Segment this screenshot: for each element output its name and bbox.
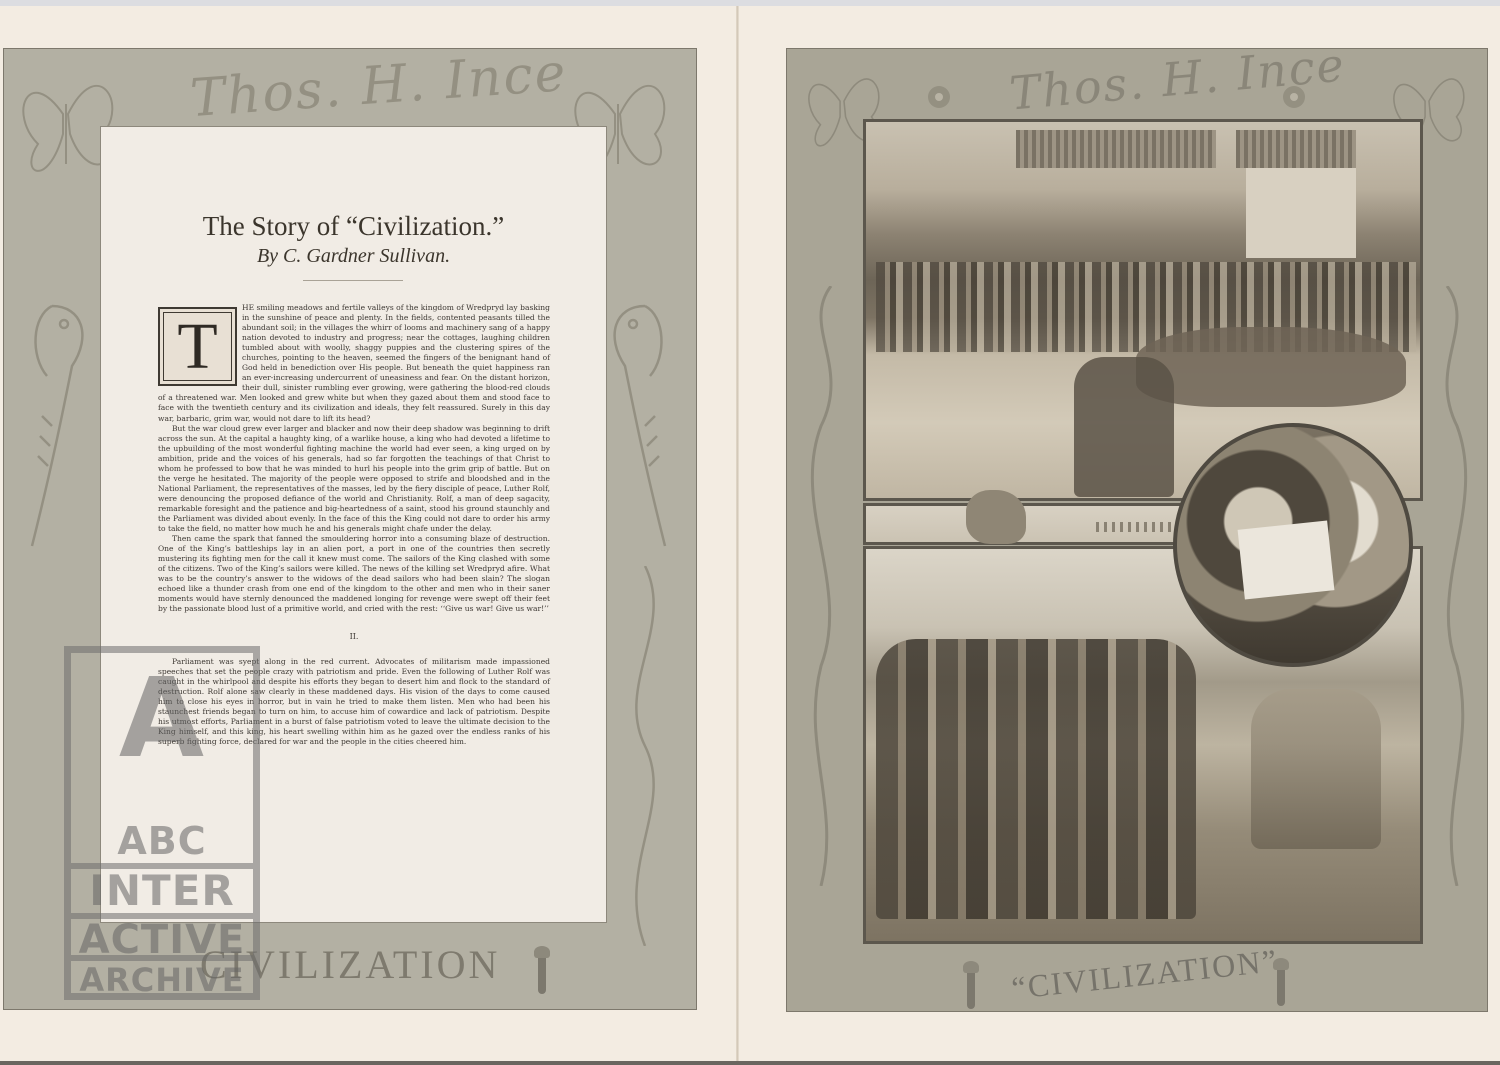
parrot-icon: [12, 296, 102, 556]
flower-icon: [924, 82, 954, 112]
paragraph: Then came the spark that fanned the smou…: [158, 534, 550, 614]
photo-roof: [1236, 130, 1356, 168]
oval-portrait-photo: [1173, 423, 1413, 667]
photo-building: [1246, 168, 1356, 258]
section-heading: II.: [158, 632, 550, 642]
article-byline: By C. Gardner Sullivan.: [101, 245, 606, 268]
parrot-icon: [595, 296, 685, 556]
right-page: Thos. H. Ince “CIVILIZATION”: [739, 6, 1500, 1065]
archive-watermark: A ABC INTER ACTIVE ARCHIVE: [64, 646, 260, 1000]
torch-icon: [1277, 968, 1285, 1006]
torch-icon: [967, 971, 975, 1009]
watermark-archive: ARCHIVE: [71, 955, 253, 999]
torch-icon: [538, 956, 546, 994]
photo-roof: [1016, 130, 1216, 168]
photo-men-group: [876, 639, 1196, 919]
watermark-active: ACTIVE: [71, 913, 253, 961]
drop-cap-initial: T: [158, 307, 237, 386]
photo-group: [1074, 357, 1174, 497]
watermark-inter: INTER: [71, 863, 253, 913]
watermark-logo-a: A: [71, 663, 253, 773]
paragraph: But the war cloud grew ever larger and b…: [158, 424, 550, 535]
vine-scroll-icon: [1427, 286, 1487, 886]
photo-oxen: [1136, 327, 1406, 407]
horse-rider-illustration: [966, 490, 1026, 544]
title-divider: [303, 280, 403, 281]
watermark-abc: ABC: [71, 821, 253, 861]
photo-letter: [1238, 520, 1335, 599]
parrot-icon: [791, 286, 861, 886]
vine-scroll-icon: [605, 566, 685, 946]
article-title: The Story of “Civilization.”: [101, 211, 606, 242]
scan-bottom-edge: [0, 1061, 1500, 1065]
photo-women: [1251, 689, 1381, 849]
